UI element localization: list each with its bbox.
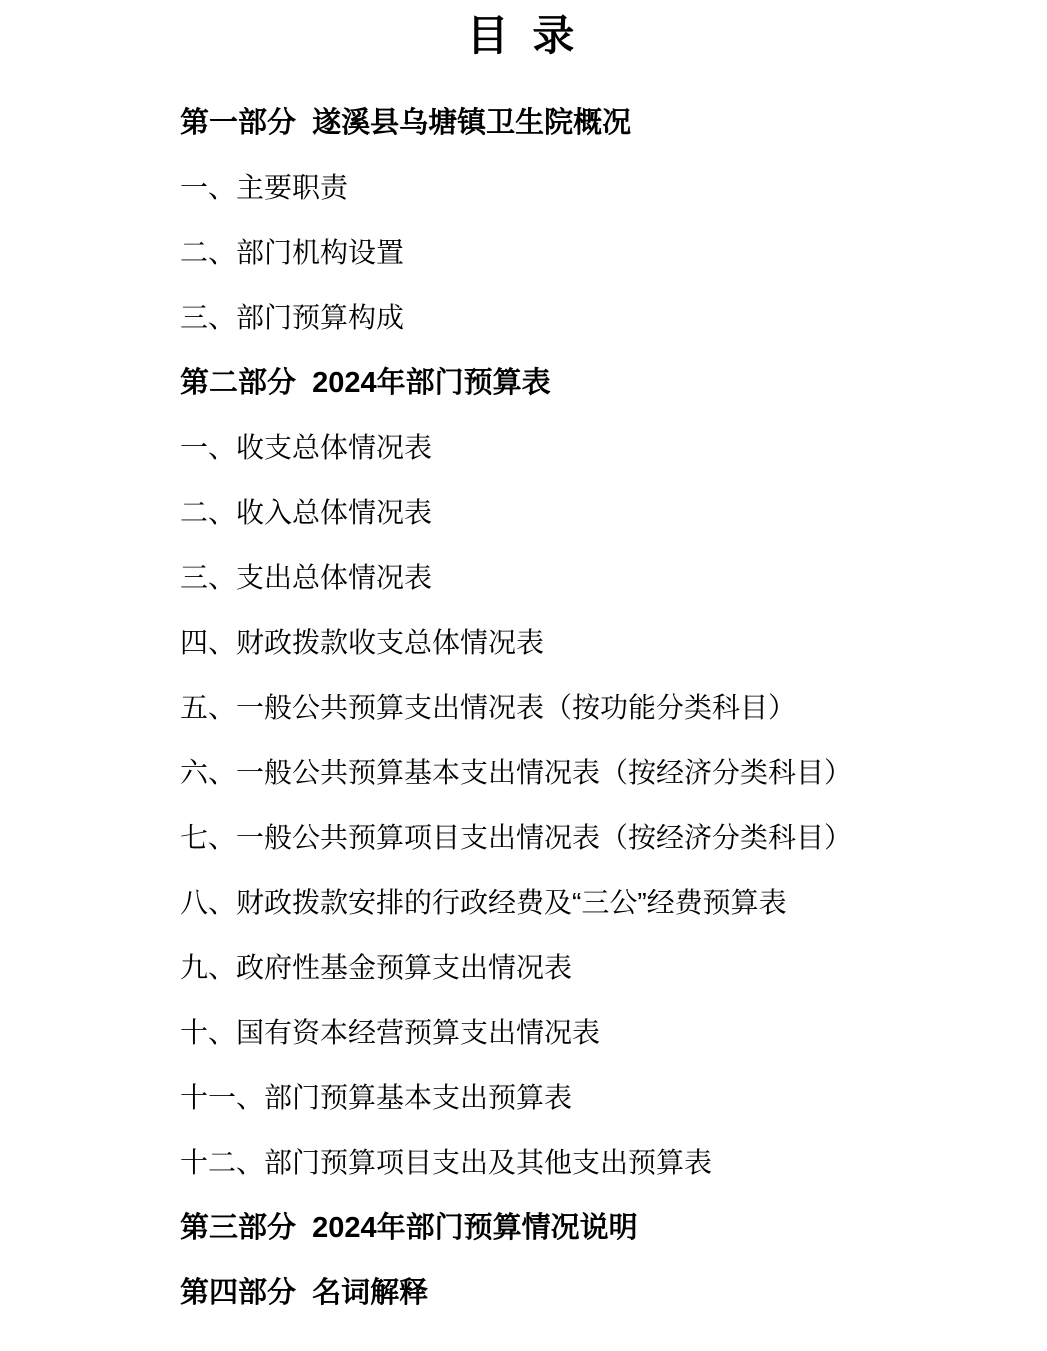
toc-item: 十、国有资本经营预算支出情况表 (180, 998, 987, 1063)
toc-item: 六、一般公共预算基本支出情况表（按经济分类科目） (180, 738, 987, 803)
toc-section-heading: 第四部分 名词解释 (180, 1258, 987, 1323)
toc-item: 三、部门预算构成 (180, 283, 987, 348)
toc-section-heading: 第一部分 遂溪县乌塘镇卫生院概况 (180, 88, 987, 153)
toc-item: 九、政府性基金预算支出情况表 (180, 933, 987, 998)
toc-item: 四、财政拨款收支总体情况表 (180, 608, 987, 673)
toc-section-heading: 第三部分 2024年部门预算情况说明 (180, 1193, 987, 1258)
toc-item: 二、部门机构设置 (180, 218, 987, 283)
toc-item: 三、支出总体情况表 (180, 543, 987, 608)
toc-item: 十一、部门预算基本支出预算表 (180, 1063, 987, 1128)
toc-item: 八、财政拨款安排的行政经费及“三公”经费预算表 (180, 868, 987, 933)
toc-item: 七、一般公共预算项目支出情况表（按经济分类科目） (180, 803, 987, 868)
toc-item: 二、收入总体情况表 (180, 478, 987, 543)
document-page: 目 录 第一部分 遂溪县乌塘镇卫生院概况一、主要职责二、部门机构设置三、部门预算… (0, 0, 1047, 1351)
toc-item: 十二、部门预算项目支出及其他支出预算表 (180, 1128, 987, 1193)
toc-list: 第一部分 遂溪县乌塘镇卫生院概况一、主要职责二、部门机构设置三、部门预算构成第二… (0, 88, 1047, 1323)
toc-section-heading: 第二部分 2024年部门预算表 (180, 348, 987, 413)
page-title: 目 录 (0, 0, 1047, 88)
toc-item: 一、主要职责 (180, 153, 987, 218)
toc-item: 一、收支总体情况表 (180, 413, 987, 478)
toc-item: 五、一般公共预算支出情况表（按功能分类科目） (180, 673, 987, 738)
